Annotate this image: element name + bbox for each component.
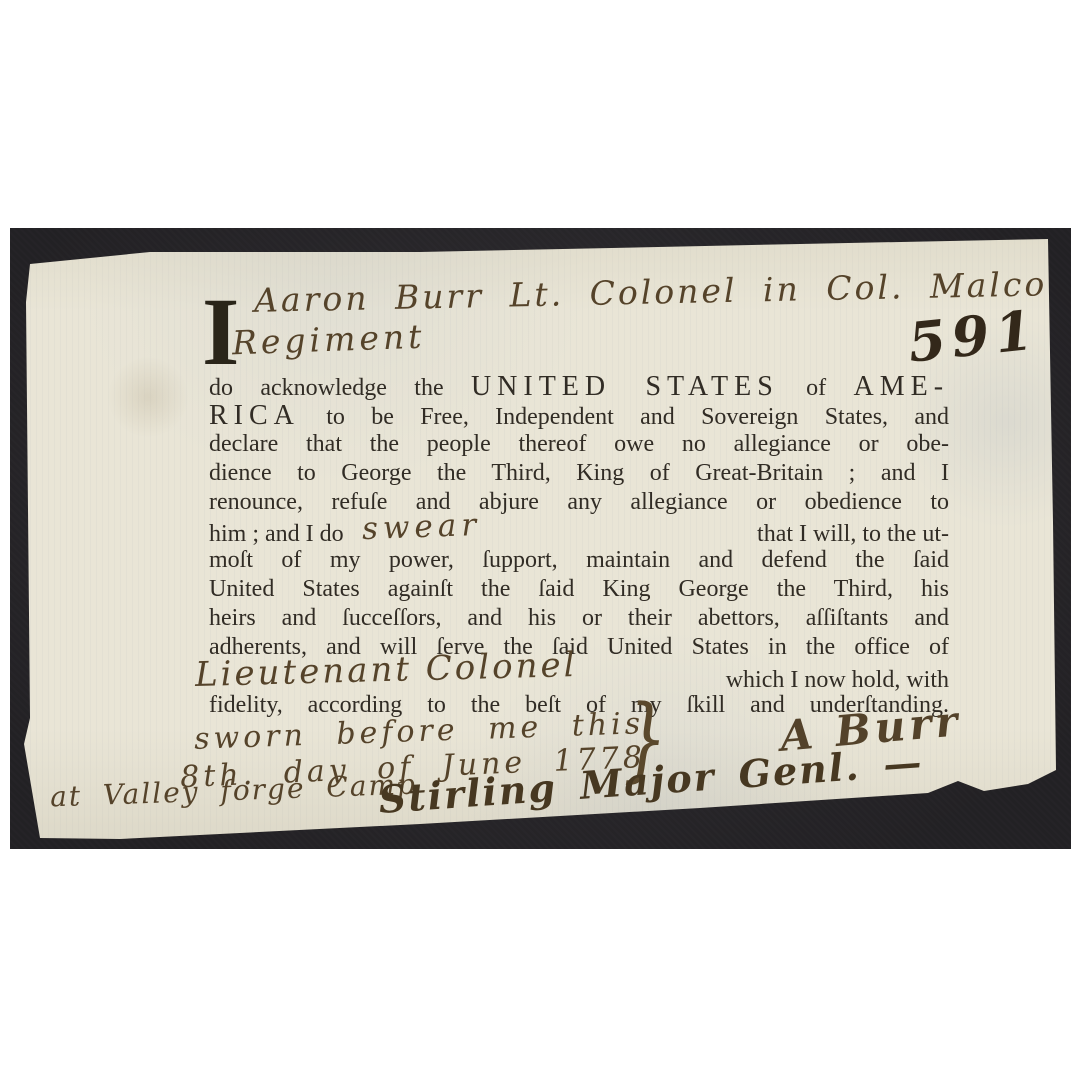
printed-line-with-handwritten-swear: him ; and I do swear that I will, to the… [209,517,949,546]
printed-line: heirs and ſucceſſors, and his or their a… [209,604,949,633]
printed-line-with-handwritten-office: Lieutenant Colonel which I now hold, wit… [209,662,949,691]
handwritten-oath-verb: swear [361,511,481,544]
printed-line: renounce, refuſe and abjure any allegian… [209,488,949,517]
printed-line: RICA to be Free, Independent and Soverei… [209,401,949,430]
printed-oath-text: do acknowledge the UNITED STATES of AME-… [209,372,949,720]
docket-number: 591 [905,297,1042,374]
handwritten-place-line: at Valley forge Camp [50,768,418,814]
handwritten-office-held: Lieutenant Colonel [195,651,578,690]
printed-line: do acknowledge the UNITED STATES of AME- [209,372,949,401]
scan-canvas: I Aaron Burr Lt. Colonel in Col. Malcoms… [0,0,1081,1081]
oath-of-allegiance-document: I Aaron Burr Lt. Colonel in Col. Malcoms… [24,238,1058,850]
printed-line: dience to George the Third, King of Grea… [209,459,949,488]
printed-line: United States againſt the ſaid King Geor… [209,575,949,604]
handwritten-regiment-line: Regiment [231,317,426,363]
printed-line: declare that the people thereof owe no a… [209,430,949,459]
black-mat-background: I Aaron Burr Lt. Colonel in Col. Malcoms… [10,228,1071,849]
printed-line: moſt of my power, ſupport, maintain and … [209,546,949,575]
